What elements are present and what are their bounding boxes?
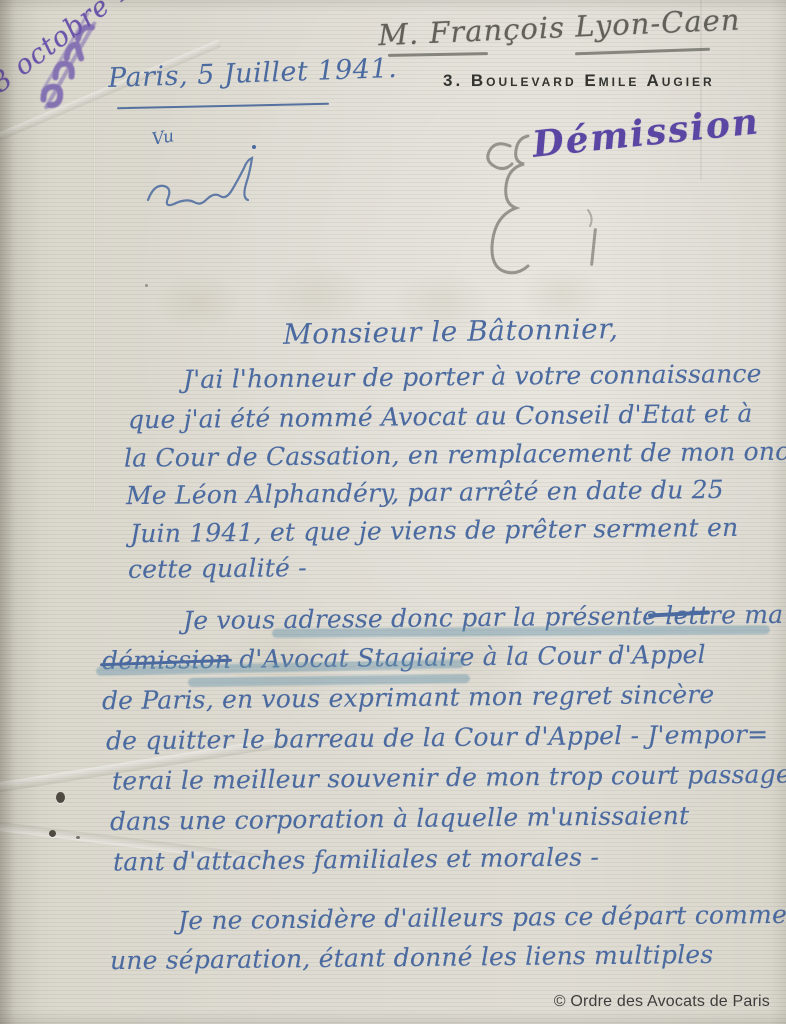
pencil-underline bbox=[575, 48, 710, 56]
staple-hole bbox=[49, 830, 56, 837]
visa-signature-icon bbox=[140, 138, 280, 218]
sender-signature-name: M. François Lyon-Caen bbox=[377, 2, 758, 53]
staple-hole bbox=[56, 792, 65, 803]
body-line: Juin 1941, et que je viens de prêter ser… bbox=[130, 513, 739, 548]
dateline-underline bbox=[117, 103, 329, 109]
pencil-underline bbox=[388, 52, 488, 57]
salutation: Monsieur le Bâtonnier, bbox=[283, 312, 619, 351]
copyright-watermark: © Ordre des Avocats de Paris bbox=[554, 993, 770, 1011]
body-line: cette qualité - bbox=[128, 553, 307, 584]
body-line: J'ai l'honneur de porter à votre connais… bbox=[183, 359, 762, 394]
body-line: Je ne considère d'ailleurs pas ce départ… bbox=[178, 900, 786, 935]
body-line: Me Léon Alphandéry, par arrêté en date d… bbox=[126, 475, 724, 510]
pencil-flourish-icon bbox=[470, 118, 620, 298]
body-line: de quitter le barreau de la Cour d'Appel… bbox=[106, 720, 769, 756]
paper-speck bbox=[145, 284, 148, 287]
staple-hole bbox=[76, 836, 80, 839]
body-line: la Cour de Cassation, en remplacement de… bbox=[124, 436, 786, 472]
body-line: tant d'attaches familiales et morales - bbox=[113, 842, 599, 876]
body-line: que j'ai été nommé Avocat au Conseil d'E… bbox=[128, 399, 753, 435]
scanned-letter-page: 3 octobre 1941 Paris, 5 Juillet 1941. M.… bbox=[0, 0, 786, 1024]
letterhead-address: 3. Boulevard Emile Augier bbox=[443, 71, 723, 91]
body-line: dans une corporation à laquelle m'unissa… bbox=[110, 801, 690, 836]
dateline: Paris, 5 Juillet 1941. bbox=[108, 53, 398, 94]
body-line: terai le meilleur souvenir de mon trop c… bbox=[112, 759, 786, 795]
body-line: une séparation, étant donné les liens mu… bbox=[110, 940, 714, 975]
visa-period bbox=[252, 145, 256, 149]
